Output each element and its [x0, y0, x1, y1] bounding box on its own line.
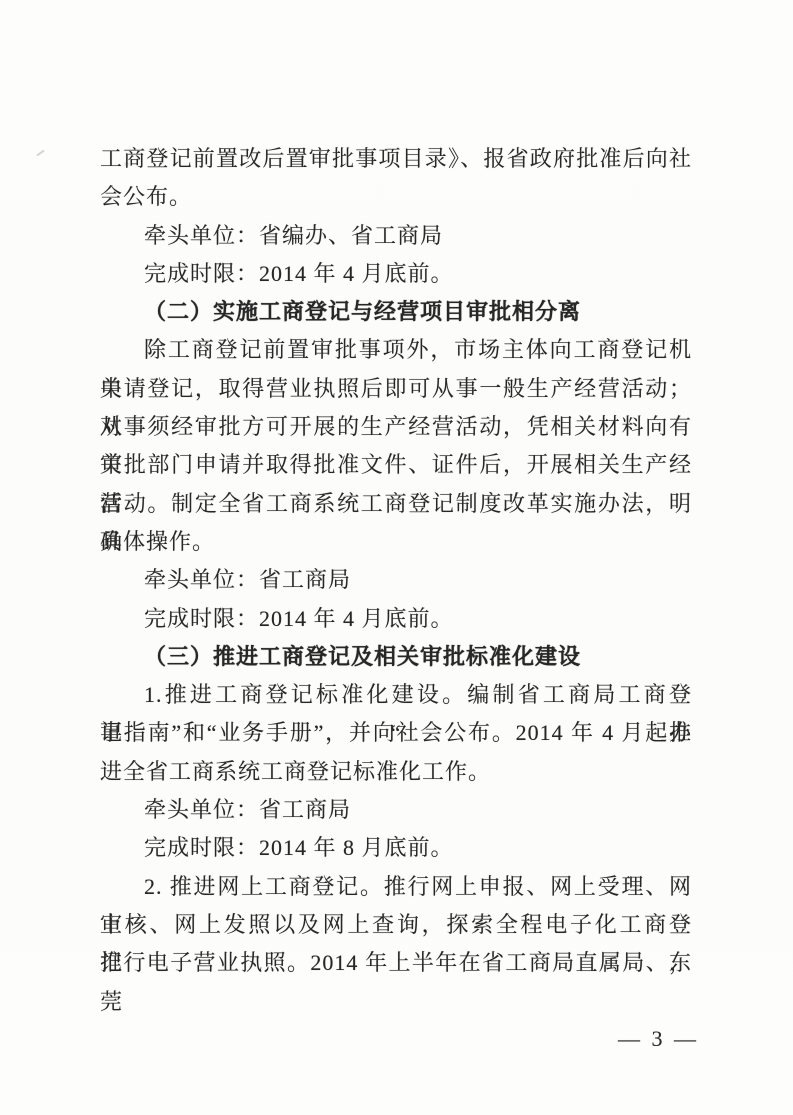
- document-page: 工商登记前置改后置审批事项目录》、报省政府批准后向社 会公布。 牵头单位：省编办…: [0, 0, 793, 1115]
- section-heading-3: （三）推进工商登记及相关审批标准化建设: [100, 638, 692, 676]
- deadline-line: 完成时限：2014 年 8 月底前。: [100, 829, 692, 867]
- document-line: 除工商登记前置审批事项外，市场主体向工商登记机关: [100, 331, 692, 369]
- document-line: 工商登记前置改后置审批事项目录》、报省政府批准后向社: [100, 140, 692, 178]
- lead-unit-line: 牵头单位：省工商局: [100, 791, 692, 829]
- document-line: 1.推进工商登记标准化建设。编制省工商局工商登记“办: [100, 676, 692, 714]
- document-line: 审批部门申请并取得批准文件、证件后，开展相关生产经营: [100, 446, 692, 484]
- document-line: 从事须经审批方可开展的生产经营活动，凭相关材料向有关: [100, 408, 692, 446]
- document-body: 工商登记前置改后置审批事项目录》、报省政府批准后向社 会公布。 牵头单位：省编办…: [100, 140, 692, 983]
- lead-unit-line: 牵头单位：省工商局: [100, 561, 692, 599]
- deadline-line: 完成时限：2014 年 4 月底前。: [100, 255, 692, 293]
- section-heading-2: （二）实施工商登记与经营项目审批相分离: [100, 293, 692, 331]
- document-line: 审核、网上发照以及网上查询，探索全程电子化工商登记，: [100, 906, 692, 944]
- document-line: 事指南”和“业务手册”，并向社会公布。2014 年 4 月起推: [100, 714, 692, 752]
- page-number: — 3 —: [618, 1026, 699, 1052]
- document-line: 活动。制定全省工商系统工商登记制度改革实施办法，明确: [100, 485, 692, 523]
- scan-artifact-speck: [36, 150, 45, 157]
- lead-unit-line: 牵头单位：省编办、省工商局: [100, 217, 692, 255]
- document-line: 申请登记，取得营业执照后即可从事一般生产经营活动；对: [100, 370, 692, 408]
- deadline-line: 完成时限：2014 年 4 月底前。: [100, 600, 692, 638]
- document-line: 进全省工商系统工商登记标准化工作。: [100, 753, 692, 791]
- document-line: 具体操作。: [100, 523, 692, 561]
- document-line: 2. 推进网上工商登记。推行网上申报、网上受理、网上: [100, 868, 692, 906]
- document-line: 会公布。: [100, 178, 692, 216]
- document-line: 推行电子营业执照。2014 年上半年在省工商局直属局、东莞: [100, 944, 692, 982]
